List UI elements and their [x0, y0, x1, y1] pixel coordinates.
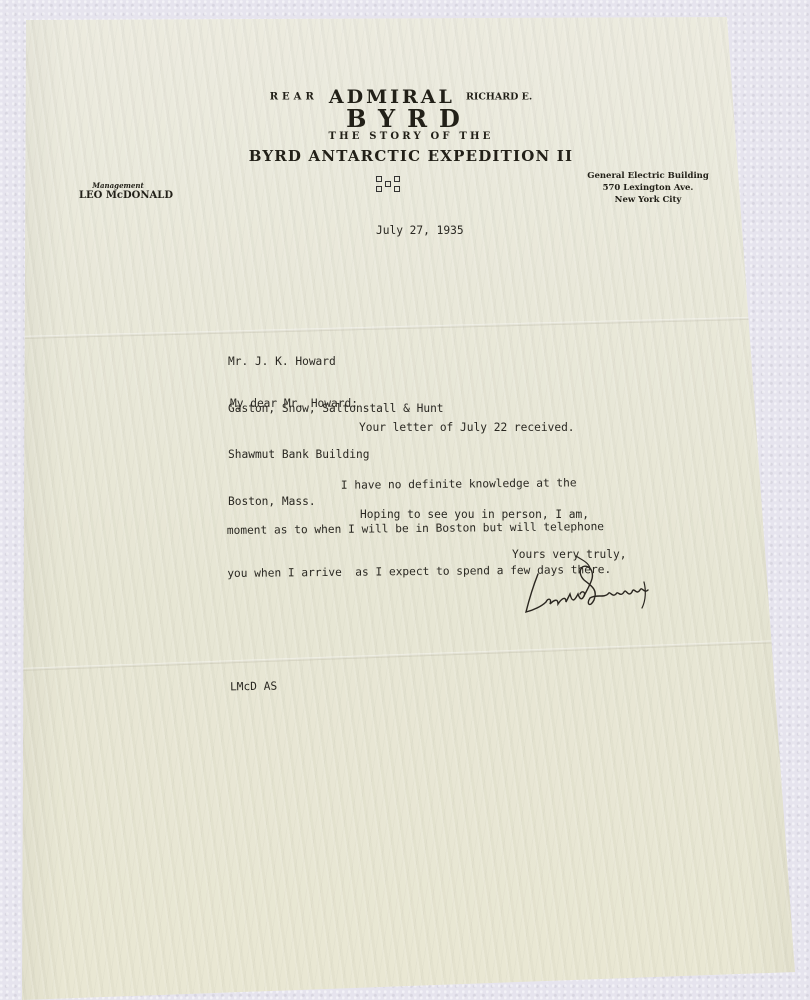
- address-line: New York City: [568, 194, 728, 206]
- typist-initials: LMcD AS: [230, 680, 277, 694]
- signature-icon: Leo McDonald: [520, 554, 660, 624]
- paragraph-1: Your letter of July 22 received.: [359, 421, 575, 434]
- letterhead-richard: RICHARD E.: [466, 92, 532, 103]
- letterhead-address: General Electric Building 570 Lexington …: [568, 170, 728, 206]
- recipient-line: Mr. J. K. Howard: [228, 354, 444, 370]
- letterhead-rear: REAR: [270, 92, 318, 103]
- paragraph-line: moment as to when I will be in Boston bu…: [227, 519, 611, 538]
- letterhead-byrd: BYRD: [4, 104, 810, 133]
- paragraph-3: Hoping to see you in person, I am,: [360, 508, 589, 521]
- letter-date: July 27, 1935: [376, 224, 464, 237]
- letterhead-story: THE STORY OF THE: [6, 131, 810, 142]
- letter-content: REAR ADMIRAL RICHARD E. BYRD THE STORY O…: [0, 0, 810, 1000]
- management-label: Management: [58, 181, 178, 190]
- address-line: General Electric Building: [568, 170, 728, 182]
- management-name: LEO McDONALD: [66, 190, 186, 201]
- address-line: 570 Lexington Ave.: [568, 182, 728, 194]
- letterhead-expedition: BYRD ANTARCTIC EXPEDITION II: [6, 147, 810, 165]
- salutation: My dear Mr. Howard:: [230, 397, 358, 410]
- letterhead-management: Management LEO McDONALD: [66, 181, 186, 201]
- paragraph-line: I have no definite knowledge at the: [226, 476, 610, 495]
- square-cluster-ornament-icon: [374, 176, 404, 194]
